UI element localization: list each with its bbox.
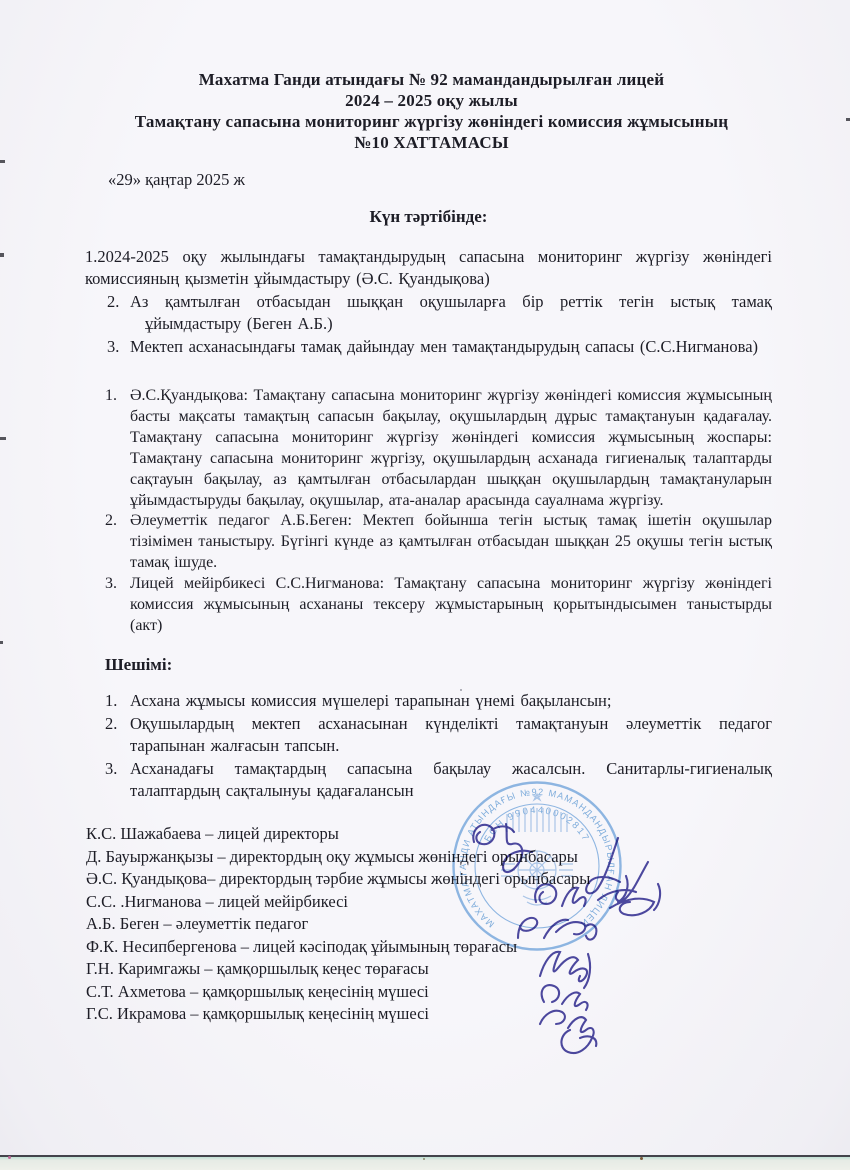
- agenda-item-number: 2.: [85, 291, 130, 313]
- scan-edge-mark: [0, 641, 3, 644]
- agenda-item: 2.Аз қамтылған отбасыдан шыққан оқушылар…: [85, 291, 772, 336]
- scan-edge-mark: [846, 118, 850, 121]
- agenda-item: 1.2024-2025 оқу жылындағы тамақтандыруды…: [85, 246, 772, 291]
- discussion-item-text: Ә.С.Қуандықова: Тамақтану сапасына монит…: [130, 387, 772, 509]
- decision-item-number: 2.: [85, 713, 130, 736]
- signature-director: [473, 824, 532, 872]
- decision-item: 2.Оқушылардың мектеп асханасынан күнделі…: [85, 713, 772, 758]
- agenda-item-text: 2024-2025 оқу жылындағы тамақтандырудың …: [85, 247, 772, 288]
- signature-board-member: [540, 1011, 596, 1053]
- signature-social-pedagogue: [518, 918, 596, 940]
- signature-nurse: [535, 884, 586, 906]
- signature-board-chair: [542, 985, 588, 1010]
- scan-speck: [460, 689, 462, 691]
- agenda-item: 3.Мектеп асханасындағы тамақ дайындау ме…: [85, 336, 772, 358]
- agenda-item-number: 1.: [85, 246, 97, 268]
- agenda-list: 1.2024-2025 оқу жылындағы тамақтандыруды…: [85, 246, 772, 358]
- scan-speck: [8, 1156, 11, 1159]
- scan-speck: [640, 1157, 643, 1160]
- scan-edge-mark: [0, 437, 6, 440]
- discussion-item-text: Лицей мейірбикесі С.С.Нигманова: Тамақта…: [130, 575, 772, 634]
- agenda-item-number: 3.: [85, 336, 130, 358]
- discussion-item-number: 2.: [85, 511, 130, 532]
- signature-deputy-study: [586, 838, 636, 902]
- discussion-item: 1.Ә.С.Қуандықова: Тамақтану сапасына мон…: [85, 386, 772, 511]
- discussion-item-text: Әлеуметтік педагог А.Б.Беген: Мектеп бой…: [130, 512, 772, 571]
- scan-speck: [423, 1158, 425, 1160]
- agenda-item-text: Аз қамтылған отбасыдан шыққан оқушыларға…: [130, 292, 772, 333]
- scan-edge-mark: [0, 160, 5, 163]
- decision-heading: Шешімі:: [105, 655, 172, 675]
- discussion-list: 1.Ә.С.Қуандықова: Тамақтану сапасына мон…: [85, 386, 772, 637]
- agenda-item-text: Мектеп асханасындағы тамақ дайындау мен …: [130, 337, 758, 356]
- signature-deputy-education: [610, 862, 660, 915]
- decision-item-text: Оқушылардың мектеп асханасынан күнделікт…: [130, 714, 772, 756]
- scan-edge-strip: [0, 1157, 850, 1170]
- decision-item-number: 3.: [85, 758, 130, 781]
- decision-item-number: 1.: [85, 690, 130, 713]
- discussion-item-number: 3.: [85, 574, 130, 595]
- agenda-heading: Күн тәртібінде:: [85, 207, 772, 227]
- handwritten-signatures: [440, 780, 700, 1110]
- document-header: Махатма Ганди атындағы № 92 мамандандыры…: [85, 69, 778, 153]
- decision-item-text: Асхана жұмысы комиссия мүшелері тарапына…: [130, 691, 611, 710]
- commission-name: Тамақтану сапасына мониторинг жүргізу жө…: [85, 111, 778, 132]
- discussion-item: 3.Лицей мейірбикесі С.С.Нигманова: Тамақ…: [85, 574, 772, 637]
- signature-union-chair: [540, 952, 590, 988]
- discussion-item-number: 1.: [85, 386, 130, 407]
- scanned-document-page: Махатма Ганди атындағы № 92 мамандандыры…: [0, 0, 850, 1170]
- decision-item: 1.Асхана жұмысы комиссия мүшелері тарапы…: [85, 690, 772, 713]
- document-date: «29» қаңтар 2025 ж: [108, 170, 245, 190]
- protocol-number-title: №10 ХАТТАМАСЫ: [85, 132, 778, 153]
- scan-edge-mark: [0, 253, 4, 257]
- discussion-item: 2.Әлеуметтік педагог А.Б.Беген: Мектеп б…: [85, 511, 772, 574]
- school-year: 2024 – 2025 оқу жылы: [85, 90, 778, 111]
- school-name: Махатма Ганди атындағы № 92 мамандандыры…: [85, 69, 778, 90]
